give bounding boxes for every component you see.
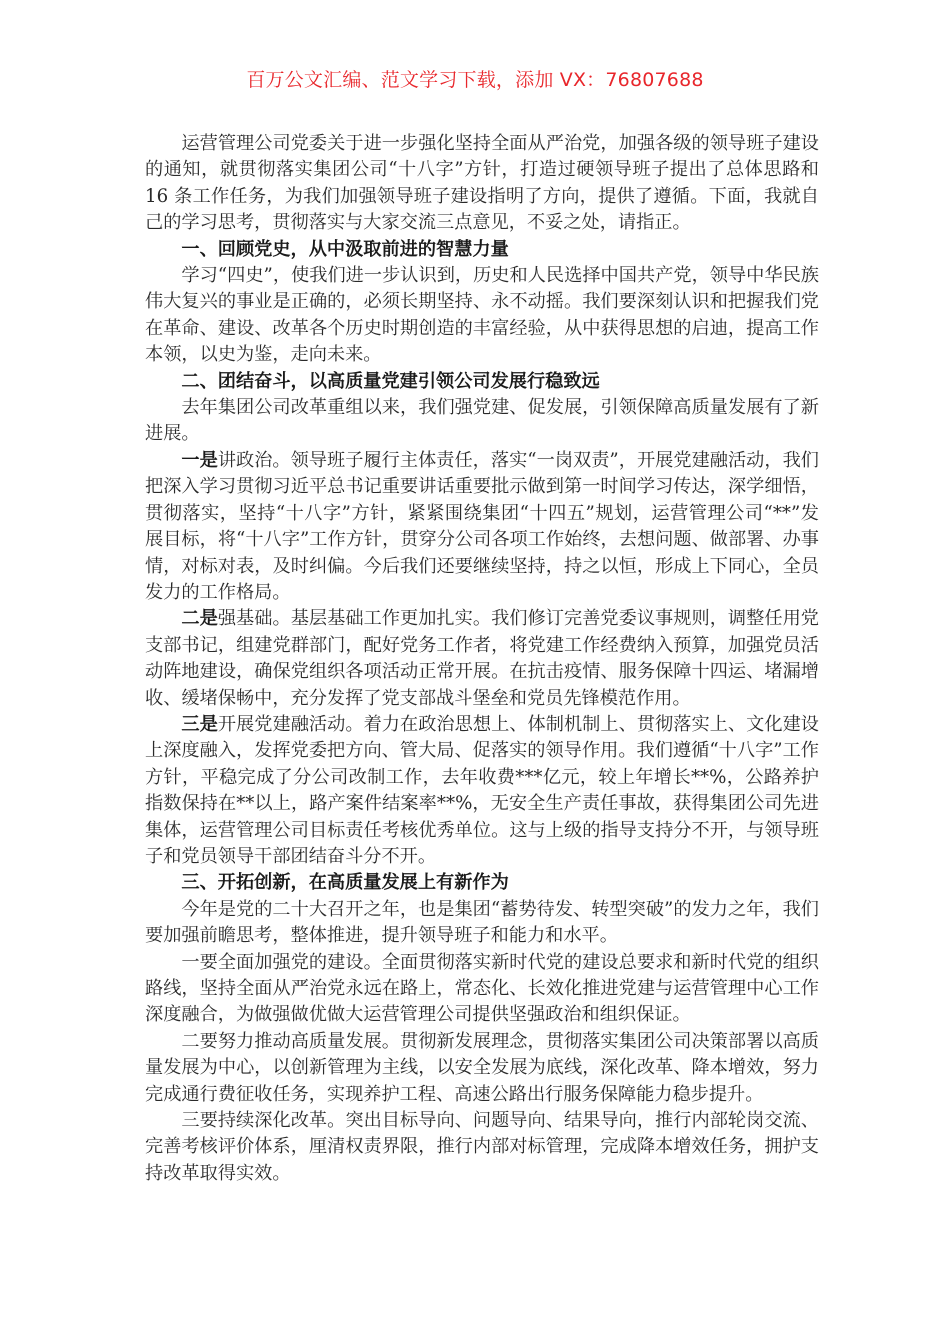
promo-banner: 百万公文汇编、范文学习下载，添加 VX：76807688 <box>0 66 950 94</box>
document-page: 百万公文汇编、范文学习下载，添加 VX：76807688 运营管理公司党委关于进… <box>0 0 950 1344</box>
section-2-paragraph: 去年集团公司改革重组以来，我们强党建、促发展，引领保障高质量发展有了新进展。 <box>145 395 819 448</box>
document-body: 运营管理公司党委关于进一步强化坚持全面从严治党，加强各级的领导班子建设的通知，就… <box>145 131 819 1187</box>
section-3-paragraph-2: 一要全面加强党的建设。全面贯彻落实新时代党的建设总要求和新时代党的组织路线，坚持… <box>145 950 819 1029</box>
item-3-text: 开展党建融活动。着力在政治思想上、体制机制上、贯彻落实上、文化建设上深度融入，发… <box>145 714 819 867</box>
section-2-item-3: 三是开展党建融活动。着力在政治思想上、体制机制上、贯彻落实上、文化建设上深度融入… <box>145 712 819 870</box>
item-1-lead: 一是 <box>181 450 217 471</box>
item-2-text: 强基础。基层基础工作更加扎实。我们修订完善党委议事规则，调整任用党支部书记，组建… <box>145 608 819 708</box>
item-2-lead: 二是 <box>181 608 217 629</box>
intro-paragraph: 运营管理公司党委关于进一步强化坚持全面从严治党，加强各级的领导班子建设的通知，就… <box>145 131 819 237</box>
section-1-paragraph: 学习“四史”，使我们进一步认识到，历史和人民选择中国共产党，领导中华民族伟大复兴… <box>145 263 819 369</box>
item-3-lead: 三是 <box>181 714 217 735</box>
item-1-text: 讲政治。领导班子履行主体责任，落实“一岗双责”，开展党建融活动，我们把深入学习贯… <box>145 450 819 603</box>
section-2-item-2: 二是强基础。基层基础工作更加扎实。我们修订完善党委议事规则，调整任用党支部书记，… <box>145 606 819 712</box>
section-2-item-1: 一是讲政治。领导班子履行主体责任，落实“一岗双责”，开展党建融活动，我们把深入学… <box>145 448 819 606</box>
section-3-paragraph-4: 三要持续深化改革。突出目标导向、问题导向、结果导向，推行内部轮岗交流、完善考核评… <box>145 1108 819 1187</box>
section-2-heading: 二、团结奋斗，以高质量党建引领公司发展行稳致远 <box>145 369 819 395</box>
section-3-paragraph-3: 二要努力推动高质量发展。贯彻新发展理念，贯彻落实集团公司决策部署以高质量发展为中… <box>145 1029 819 1108</box>
section-1-heading: 一、回顾党史，从中汲取前进的智慧力量 <box>145 237 819 263</box>
section-3-paragraph-1: 今年是党的二十大召开之年，也是集团“蓄势待发、转型突破”的发力之年，我们要加强前… <box>145 897 819 950</box>
section-3-heading: 三、开拓创新，在高质量发展上有新作为 <box>145 870 819 896</box>
